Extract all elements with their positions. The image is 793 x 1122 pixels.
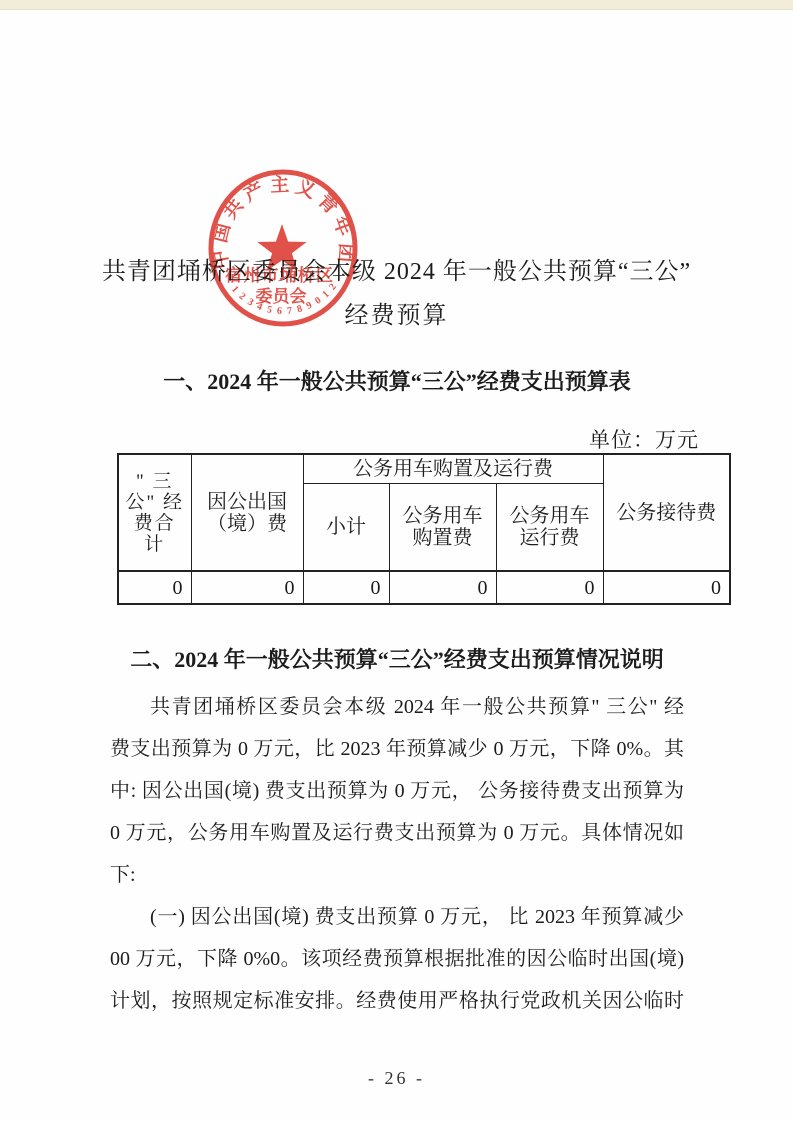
header-cell-vehicle-group: 公务用车购置及运行费 bbox=[303, 454, 603, 484]
header-cell-abroad: 因公出国 （境）费 bbox=[191, 454, 303, 571]
unit-label: 单位：万元 bbox=[589, 424, 699, 454]
body-line: 0 万元，公务用车购置及运行费支出预算为 0 万元。具体情况如 bbox=[110, 812, 684, 854]
value-operation: 0 bbox=[496, 571, 603, 604]
table-header-row-1: " 三 公" 经 费合 计 因公出国 （境）费 公务用车购置及运行费 公务接待费 bbox=[118, 454, 730, 484]
header-cell-reception: 公务接待费 bbox=[603, 454, 730, 571]
body-line: 下: bbox=[110, 854, 684, 896]
page-number: - 26 - bbox=[0, 1068, 793, 1089]
body-line: 费支出预算为 0 万元，比 2023 年预算减少 0 万元，下降 0%。其 bbox=[110, 728, 684, 770]
header-cell-subtotal: 小计 bbox=[303, 484, 389, 572]
value-reception: 0 bbox=[603, 571, 730, 604]
header-cell-purchase: 公务用车 购置费 bbox=[389, 484, 496, 572]
header-cell-total: " 三 公" 经 费合 计 bbox=[118, 454, 191, 571]
header-cell-operation: 公务用车 运行费 bbox=[496, 484, 603, 572]
scan-edge-strip bbox=[0, 0, 793, 10]
body-line: 00 万元，下降 0%0。该项经费预算根据批准的因公临时出国(境) bbox=[110, 938, 684, 980]
section2-body: 共青团埇桥区委员会本级 2024 年一般公共预算" 三公" 经 费支出预算为 0… bbox=[110, 686, 684, 1022]
document-title-line2: 经费预算 bbox=[0, 301, 793, 331]
document-page: 中国共产主义青年团 宿州市埇桥区 委员会 1234567890123 共青团埇桥… bbox=[0, 0, 793, 1122]
value-abroad: 0 bbox=[191, 571, 303, 604]
body-line: 中: 因公出国(境) 费支出预算为 0 万元， 公务接待费支出预算为 bbox=[110, 770, 684, 812]
body-line: (一) 因公出国(境) 费支出预算 0 万元， 比 2023 年预算减少 bbox=[110, 896, 684, 938]
value-subtotal: 0 bbox=[303, 571, 389, 604]
document-title-line1: 共青团埇桥区委员会本级 2024 年一般公共预算“三公” bbox=[0, 257, 793, 287]
three-public-budget-table: " 三 公" 经 费合 计 因公出国 （境）费 公务用车购置及运行费 公务接待费… bbox=[117, 453, 731, 605]
value-purchase: 0 bbox=[389, 571, 496, 604]
section1-heading: 一、2024 年一般公共预算“三公”经费支出预算表 bbox=[110, 367, 684, 397]
value-total: 0 bbox=[118, 571, 191, 604]
table-data-row: 0 0 0 0 0 0 bbox=[118, 571, 730, 604]
body-line: 共青团埇桥区委员会本级 2024 年一般公共预算" 三公" 经 bbox=[110, 686, 684, 728]
body-line: 计划，按照规定标准安排。经费使用严格执行党政机关因公临时 bbox=[110, 980, 684, 1022]
section2-heading: 二、2024 年一般公共预算“三公”经费支出预算情况说明 bbox=[110, 645, 684, 675]
